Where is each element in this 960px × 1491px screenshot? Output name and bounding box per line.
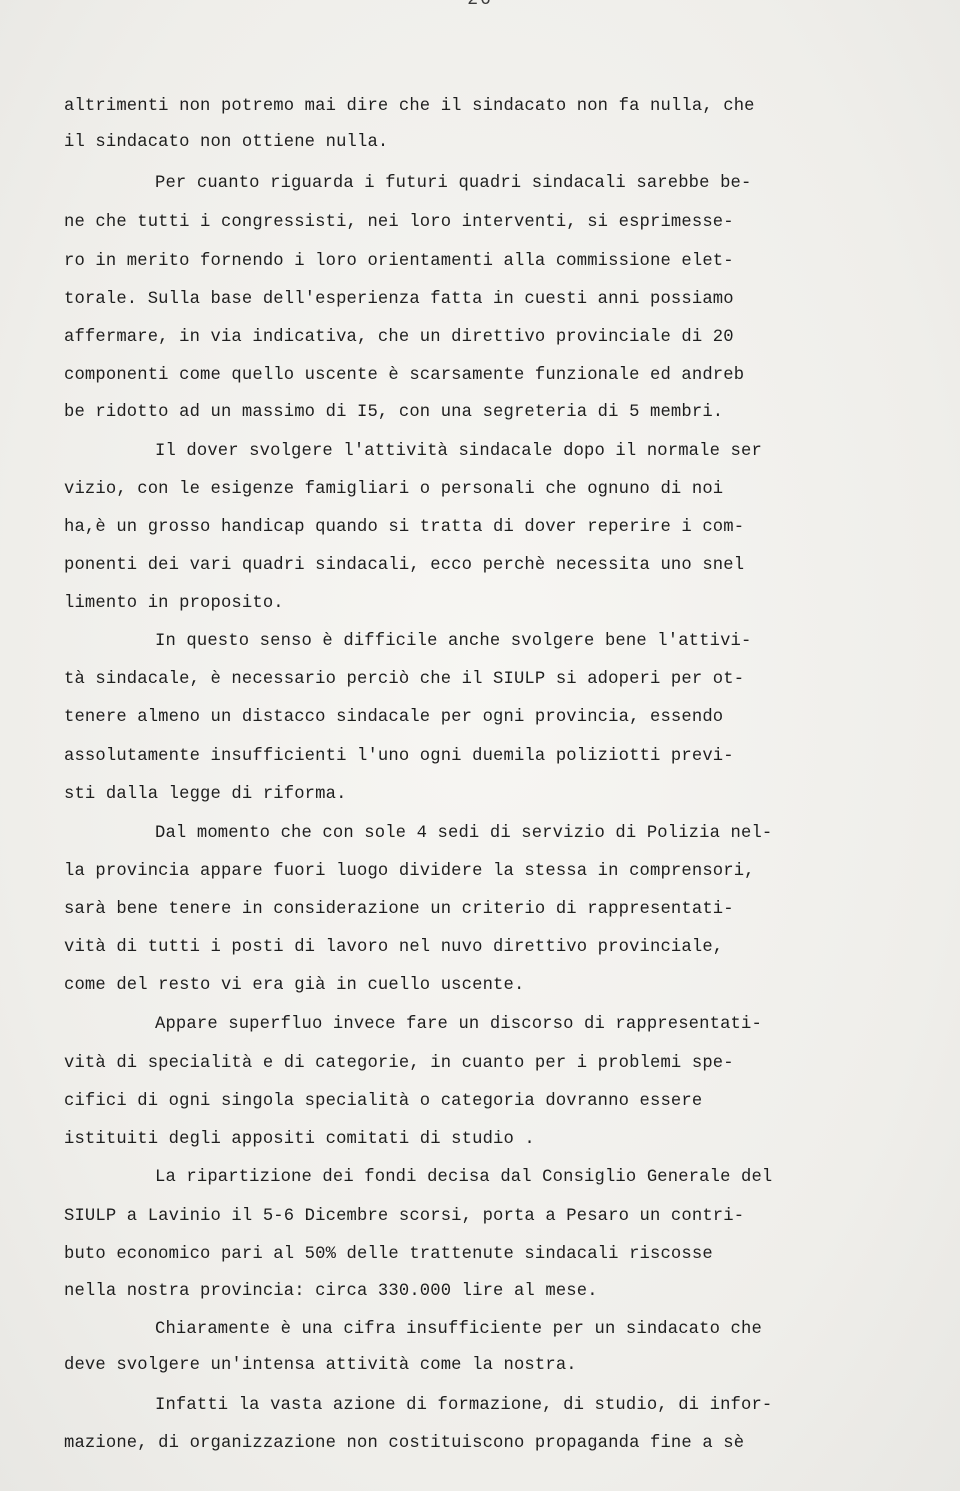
- text-line: limento in proposito.: [64, 594, 284, 614]
- text-line: sarà bene tenere in considerazione un cr…: [64, 900, 734, 920]
- text-line: be ridotto ad un massimo di I5, con una …: [64, 403, 723, 423]
- text-line: Infatti la vasta azione di formazione, d…: [155, 1396, 772, 1416]
- text-line: mazione, di organizzazione non costituis…: [64, 1434, 744, 1454]
- text-line: altrimenti non potremo mai dire che il s…: [64, 97, 755, 117]
- text-line: vizio, con le esigenze famigliari o pers…: [64, 480, 723, 500]
- text-line: ponenti dei vari quadri sindacali, ecco …: [64, 556, 744, 576]
- text-line: Per cuanto riguarda i futuri quadri sind…: [155, 174, 751, 194]
- text-line: ne che tutti i congressisti, nei loro in…: [64, 213, 734, 233]
- text-line: istituiti degli appositi comitati di stu…: [64, 1130, 535, 1150]
- text-line: La ripartizione dei fondi decisa dal Con…: [155, 1168, 772, 1188]
- text-line: come del resto vi era già in cuello usce…: [64, 976, 524, 996]
- text-line: vità di tutti i posti di lavoro nel nuvo…: [64, 938, 723, 958]
- text-line: tà sindacale, è necessario perciò che il…: [64, 670, 744, 690]
- text-line: In questo senso è difficile anche svolge…: [155, 632, 751, 652]
- text-line: Appare superfluo invece fare un discorso…: [155, 1015, 762, 1035]
- text-line: Chiaramente è una cifra insufficiente pe…: [155, 1320, 762, 1340]
- page-number: - 26 -: [0, 0, 960, 10]
- text-line: torale. Sulla base dell'esperienza fatta…: [64, 290, 734, 310]
- scanned-page: - 26 - altrimenti non potremo mai dire c…: [0, 0, 960, 1491]
- text-line: deve svolgere un'intensa attività come l…: [64, 1356, 577, 1376]
- text-line: il sindacato non ottiene nulla.: [64, 133, 388, 153]
- text-line: sti dalla legge di riforma.: [64, 785, 347, 805]
- text-line: Dal momento che con sole 4 sedi di servi…: [155, 824, 772, 844]
- text-line: affermare, in via indicativa, che un dir…: [64, 328, 734, 348]
- text-line: componenti come quello uscente è scarsam…: [64, 366, 744, 386]
- text-line: ro in merito fornendo i loro orientament…: [64, 252, 734, 272]
- text-line: la provincia appare fuori luogo dividere…: [64, 862, 755, 882]
- text-line: assolutamente insufficienti l'uno ogni d…: [64, 747, 734, 767]
- text-line: buto economico pari al 50% delle tratten…: [64, 1245, 713, 1265]
- text-line: SIULP a Lavinio il 5-6 Dicembre scorsi, …: [64, 1207, 744, 1227]
- text-line: cifici di ogni singola specialità o cate…: [64, 1092, 702, 1112]
- text-line: vità di specialità e di categorie, in cu…: [64, 1054, 734, 1074]
- text-line: ha,è un grosso handicap quando si tratta…: [64, 518, 744, 538]
- text-line: Il dover svolgere l'attività sindacale d…: [155, 442, 762, 462]
- text-line: tenere almeno un distacco sindacale per …: [64, 708, 723, 728]
- text-line: nella nostra provincia: circa 330.000 li…: [64, 1282, 598, 1302]
